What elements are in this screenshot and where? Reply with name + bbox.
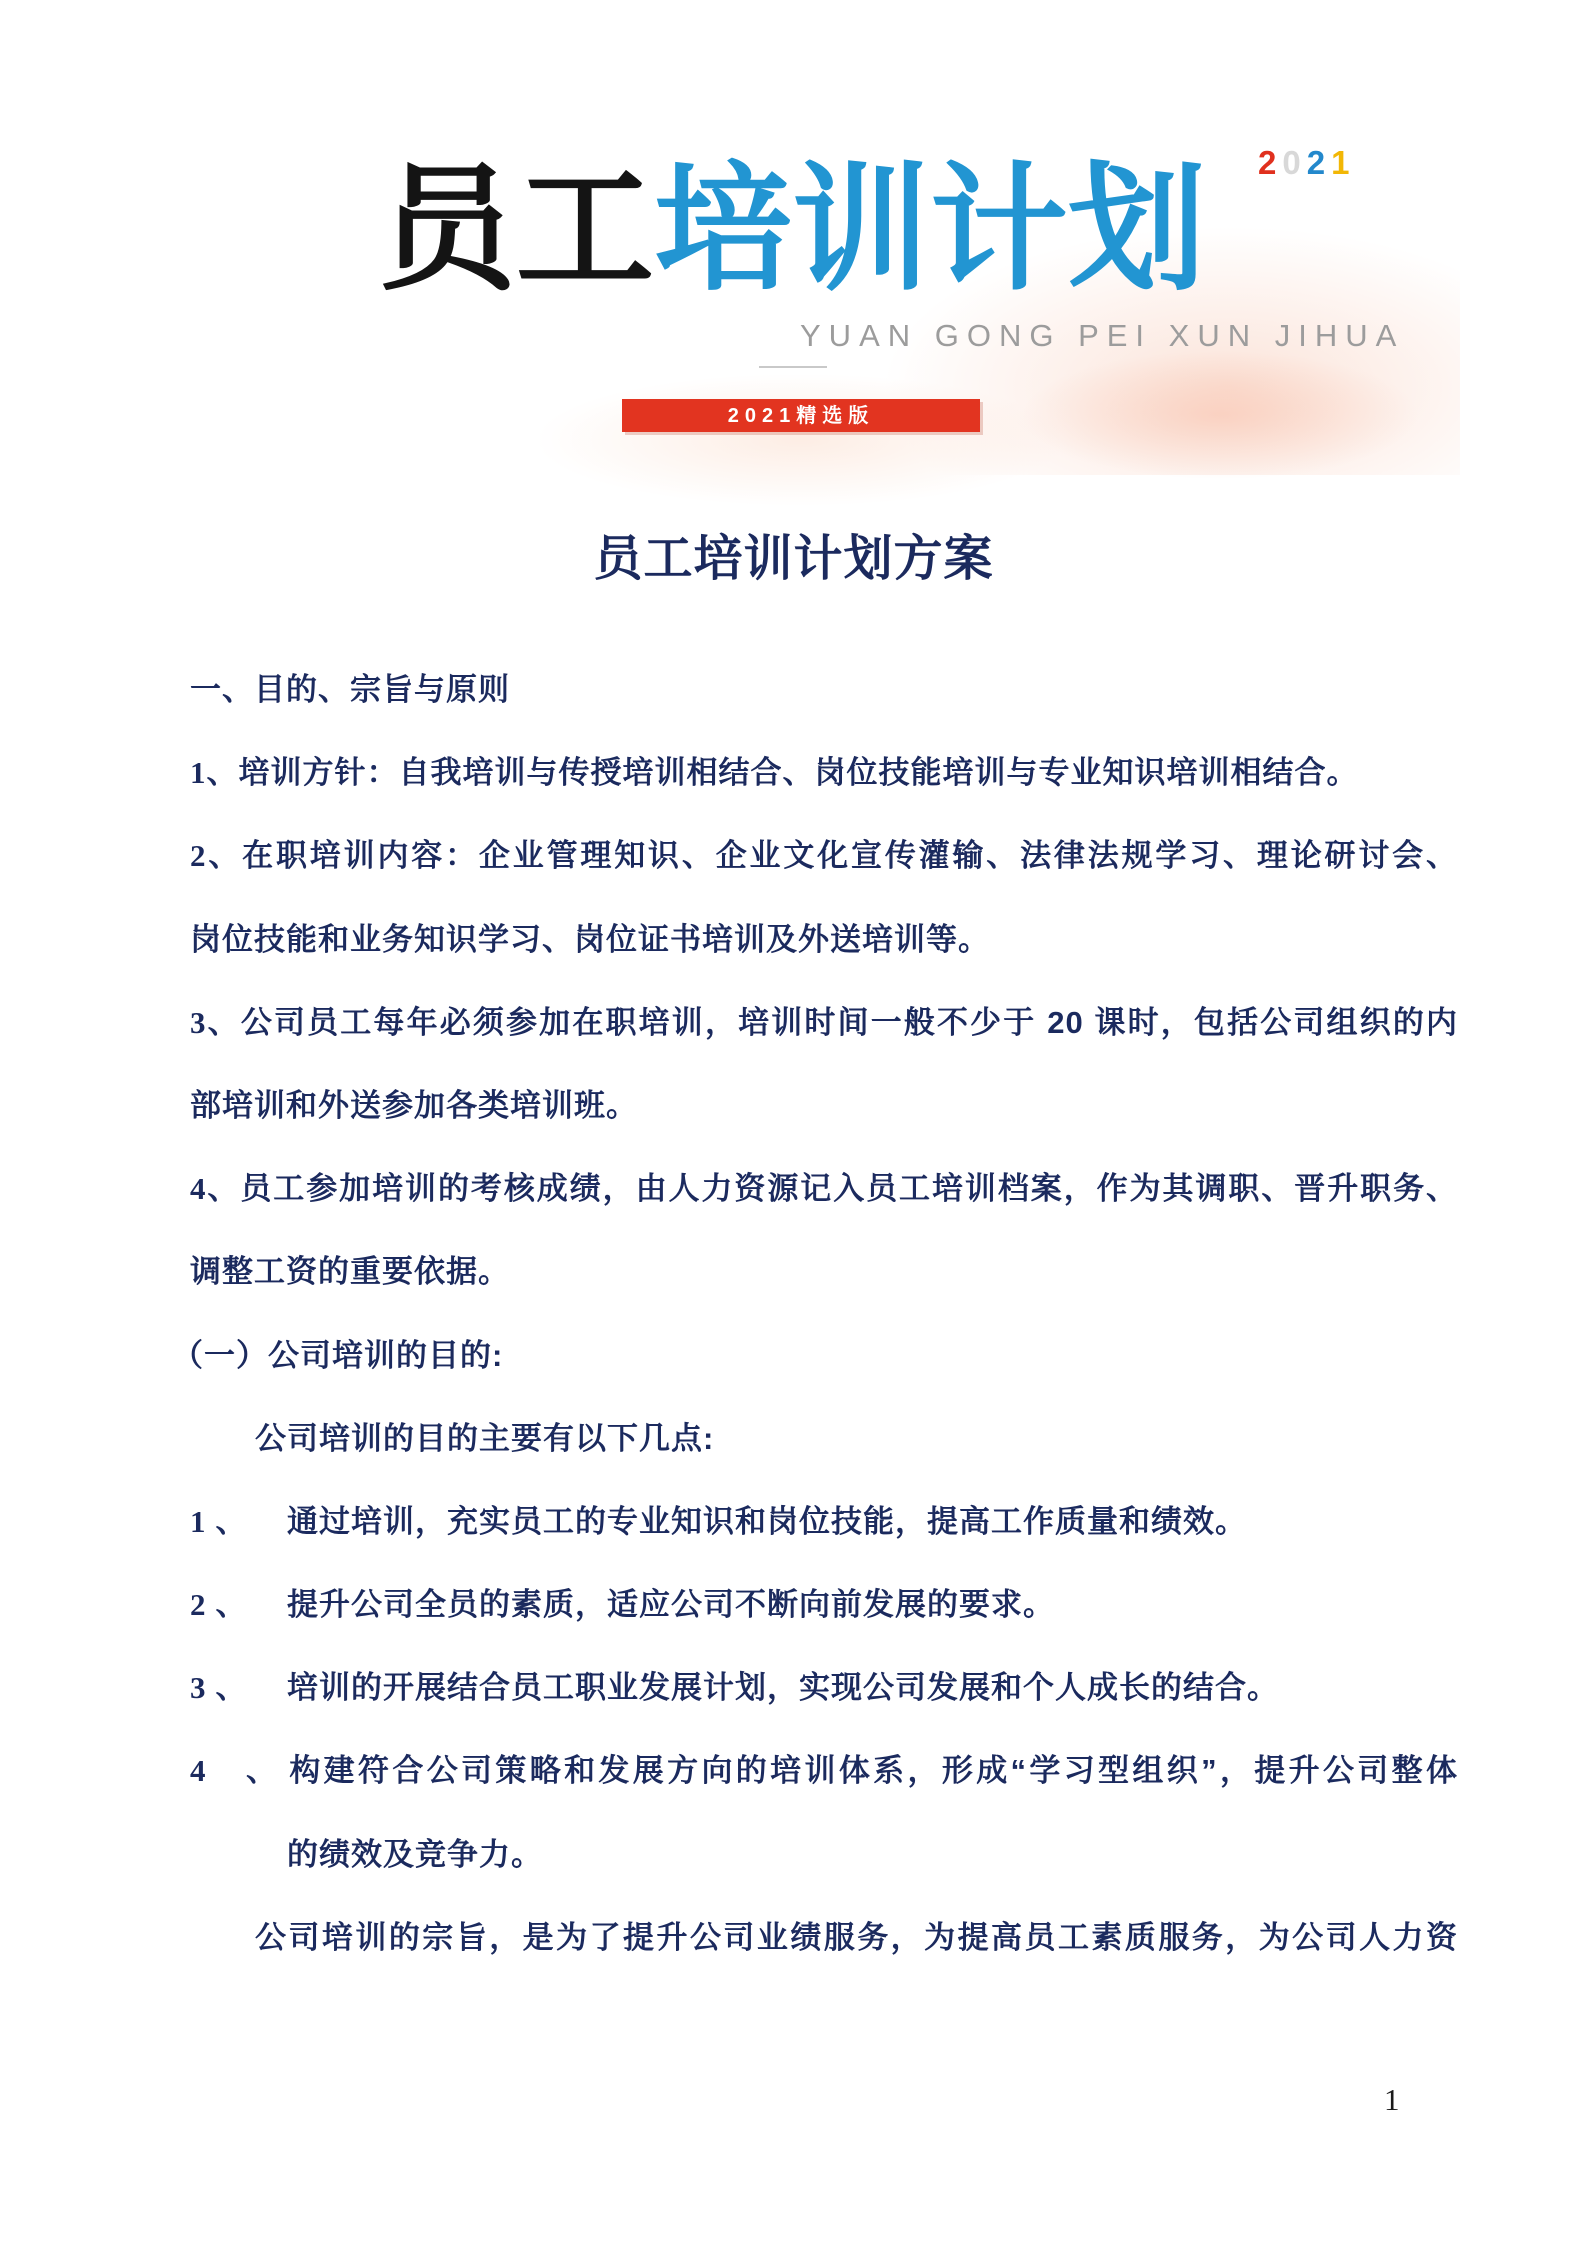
document-title: 员工培训计划方案 xyxy=(0,520,1587,590)
line-text: （一）公司培训的目的: xyxy=(172,1338,503,1373)
line-number: 4、 xyxy=(190,1729,287,1812)
line-text: 提升公司全员的素质，适应公司不断向前发展的要求。 xyxy=(287,1587,1055,1622)
page-number: 1 xyxy=(1384,2082,1400,2118)
line-text: 在职培训内容：企业管理知识、企业文化宣传灌输、法律法规学习、理论研讨会、 xyxy=(242,838,1458,873)
body-line: 调整工资的重要依据。 xyxy=(190,1230,1458,1313)
line-text: 一、目的、宗旨与原则 xyxy=(190,672,510,707)
line-text: 调整工资的重要依据。 xyxy=(190,1254,510,1289)
year-label: 2021 xyxy=(1258,146,1355,179)
body-line: 部培训和外送参加各类培训班。 xyxy=(190,1064,1458,1147)
body-line: 公司培训的宗旨，是为了提升公司业绩服务，为提高员工素质服务，为公司人力资 xyxy=(190,1896,1458,1979)
year-digit: 1 xyxy=(1331,144,1355,181)
section-heading: 一、目的、宗旨与原则 xyxy=(190,648,1458,731)
main-title: 员工培训计划 xyxy=(378,158,1206,303)
body-line: 公司培训的目的主要有以下几点: xyxy=(190,1397,1458,1480)
year-digit: 2 xyxy=(1307,144,1331,181)
year-digit: 0 xyxy=(1282,144,1306,181)
line-number: 3、 xyxy=(190,1005,241,1040)
body-line: 的绩效及竞争力。 xyxy=(190,1813,1458,1896)
year-digit: 2 xyxy=(1258,144,1282,181)
line-number: 1、 xyxy=(190,1480,287,1563)
edition-banner: 2021精选版 xyxy=(622,399,980,432)
line-number: 2、 xyxy=(190,1563,287,1646)
line-text: 培训方针：自我培训与传授培训相结合、岗位技能培训与专业知识培训相结合。 xyxy=(239,755,1359,790)
line-text: 通过培训，充实员工的专业知识和岗位技能，提高工作质量和绩效。 xyxy=(287,1504,1247,1539)
body-line: 3、公司员工每年必须参加在职培训，培训时间一般不少于 20 课时，包括公司组织的… xyxy=(190,981,1458,1064)
line-text: 公司培训的目的主要有以下几点: xyxy=(255,1421,714,1456)
line-text: 构建符合公司策略和发展方向的培训体系，形成“学习型组织”，提升公司整体 xyxy=(287,1753,1458,1788)
line-text: 公司培训的宗旨，是为了提升公司业绩服务，为提高员工素质服务，为公司人力资 xyxy=(255,1920,1458,1955)
line-text: 的绩效及竞争力。 xyxy=(287,1837,543,1872)
body-line: 4、员工参加培训的考核成绩，由人力资源记入员工培训档案，作为其调职、晋升职务、 xyxy=(190,1147,1458,1230)
document-page: 2021 员工培训计划 YUAN GONG PEI XUN JIHUA 2021… xyxy=(0,0,1587,2245)
line-text: 部培训和外送参加各类培训班。 xyxy=(190,1088,638,1123)
document-body: 一、目的、宗旨与原则 1、培训方针：自我培训与传授培训相结合、岗位技能培训与专业… xyxy=(190,648,1458,1979)
line-number: 4、 xyxy=(190,1171,240,1206)
line-number: 2、 xyxy=(190,838,242,873)
section-heading: （一）公司培训的目的: xyxy=(172,1314,1458,1397)
divider-line xyxy=(759,366,827,368)
body-line: 1、培训方针：自我培训与传授培训相结合、岗位技能培训与专业知识培训相结合。 xyxy=(190,731,1458,814)
main-title-blue: 培训计划 xyxy=(654,153,1206,307)
header-background-decoration xyxy=(540,375,1060,505)
list-item: 2、提升公司全员的素质，适应公司不断向前发展的要求。 xyxy=(190,1563,1458,1646)
line-text: 岗位技能和业务知识学习、岗位证书培训及外送培训等。 xyxy=(190,922,990,957)
body-line: 岗位技能和业务知识学习、岗位证书培训及外送培训等。 xyxy=(190,898,1458,981)
line-number: 1、 xyxy=(190,755,239,790)
line-text: 培训的开展结合员工职业发展计划，实现公司发展和个人成长的结合。 xyxy=(287,1670,1279,1705)
line-number: 3、 xyxy=(190,1646,287,1729)
list-item: 1、通过培训，充实员工的专业知识和岗位技能，提高工作质量和绩效。 xyxy=(190,1480,1458,1563)
line-text: 员工参加培训的考核成绩，由人力资源记入员工培训档案，作为其调职、晋升职务、 xyxy=(240,1171,1458,1206)
header-background-decoration xyxy=(1020,350,1420,480)
line-text: 公司员工每年必须参加在职培训，培训时间一般不少于 20 课时，包括公司组织的内 xyxy=(241,1005,1458,1040)
body-line: 2、在职培训内容：企业管理知识、企业文化宣传灌输、法律法规学习、理论研讨会、 xyxy=(190,814,1458,897)
pinyin-tagline: YUAN GONG PEI XUN JIHUA xyxy=(800,318,1404,354)
main-title-black: 员工 xyxy=(378,153,654,307)
list-item: 3、培训的开展结合员工职业发展计划，实现公司发展和个人成长的结合。 xyxy=(190,1646,1458,1729)
list-item: 4、构建符合公司策略和发展方向的培训体系，形成“学习型组织”，提升公司整体 xyxy=(190,1729,1458,1812)
